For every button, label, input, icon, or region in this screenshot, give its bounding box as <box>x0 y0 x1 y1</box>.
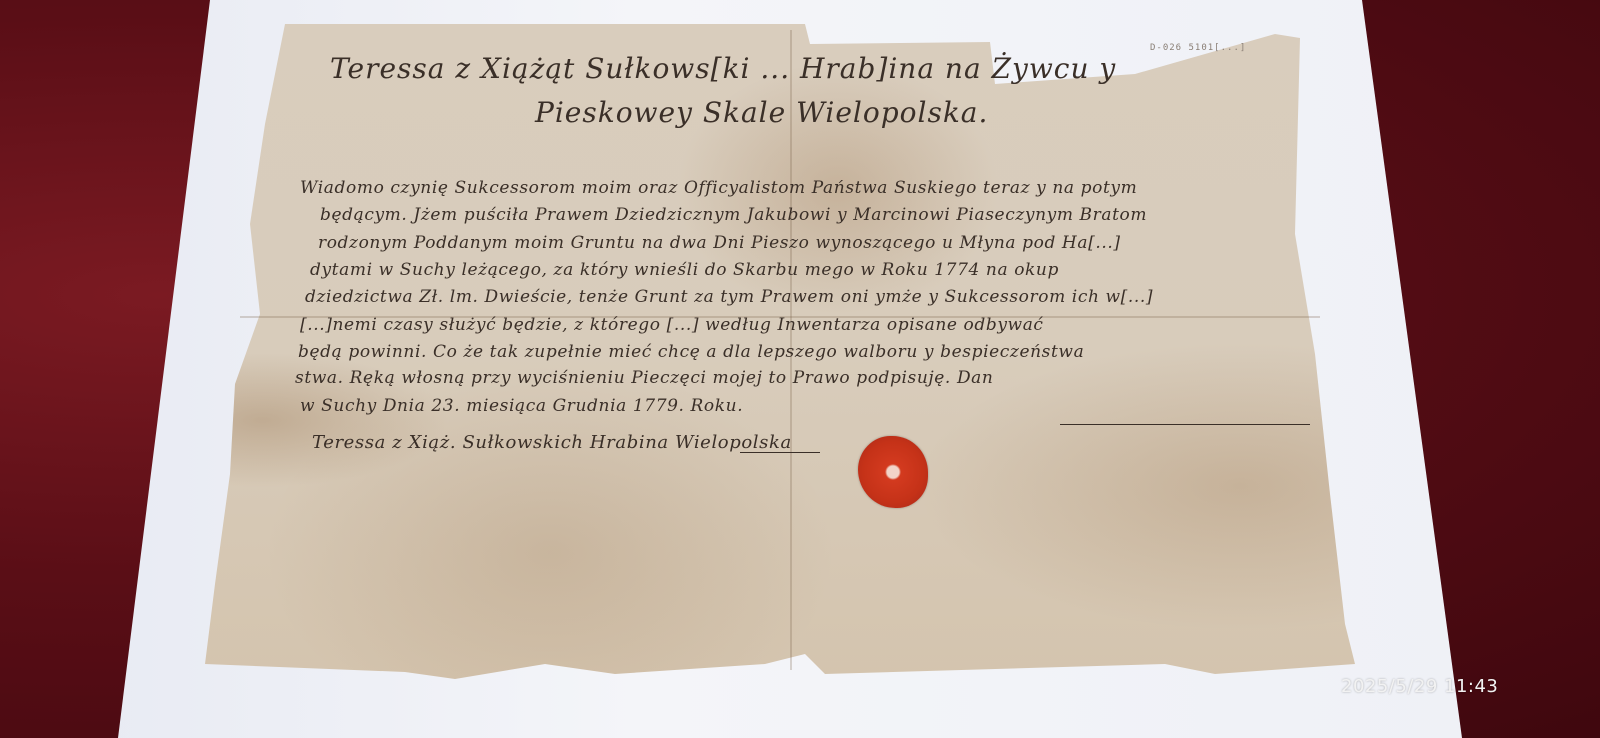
red-wax-seal <box>858 436 928 508</box>
document-heading-line-1: Teressa z Xiążąt Sułkows[ki ... Hrab]ina… <box>330 52 1116 85</box>
document-heading-line-2: Pieskowey Skale Wielopolska. <box>535 96 988 129</box>
archive-stamp: D-026 5101[...] <box>1150 43 1246 53</box>
document-body-line-5: dziedzictwa Zł. lm. Dwieście, tenże Grun… <box>305 287 1153 307</box>
signature-underline <box>740 452 820 453</box>
photo-timestamp: 2025/5/29 11:43 <box>1341 676 1498 697</box>
document-body-line-7: będą powinni. Co że tak zupełnie mieć ch… <box>298 342 1084 362</box>
document-body-line-8: stwa. Ręką włosną przy wyciśnieniu Piecz… <box>295 368 993 388</box>
document-body-line-2: będącym. Jżem puściła Prawem Dziedziczny… <box>320 205 1147 225</box>
closing-flourish-line <box>1060 424 1310 425</box>
document-body-line-1: Wiadomo czynię Sukcessorom moim oraz Off… <box>300 178 1137 198</box>
document-body-line-9: w Suchy Dnia 23. miesiąca Grudnia 1779. … <box>300 396 743 416</box>
signature: Teressa z Xiąż. Sułkowskich Hrabina Wiel… <box>312 432 792 453</box>
document-body-line-3: rodzonym Poddanym moim Gruntu na dwa Dni… <box>318 233 1121 253</box>
document-body-line-4: dytami w Suchy leżącego, za który wnieśl… <box>310 260 1059 280</box>
document-body-line-6: [...]nemi czasy służyć będzie, z którego… <box>300 315 1044 335</box>
